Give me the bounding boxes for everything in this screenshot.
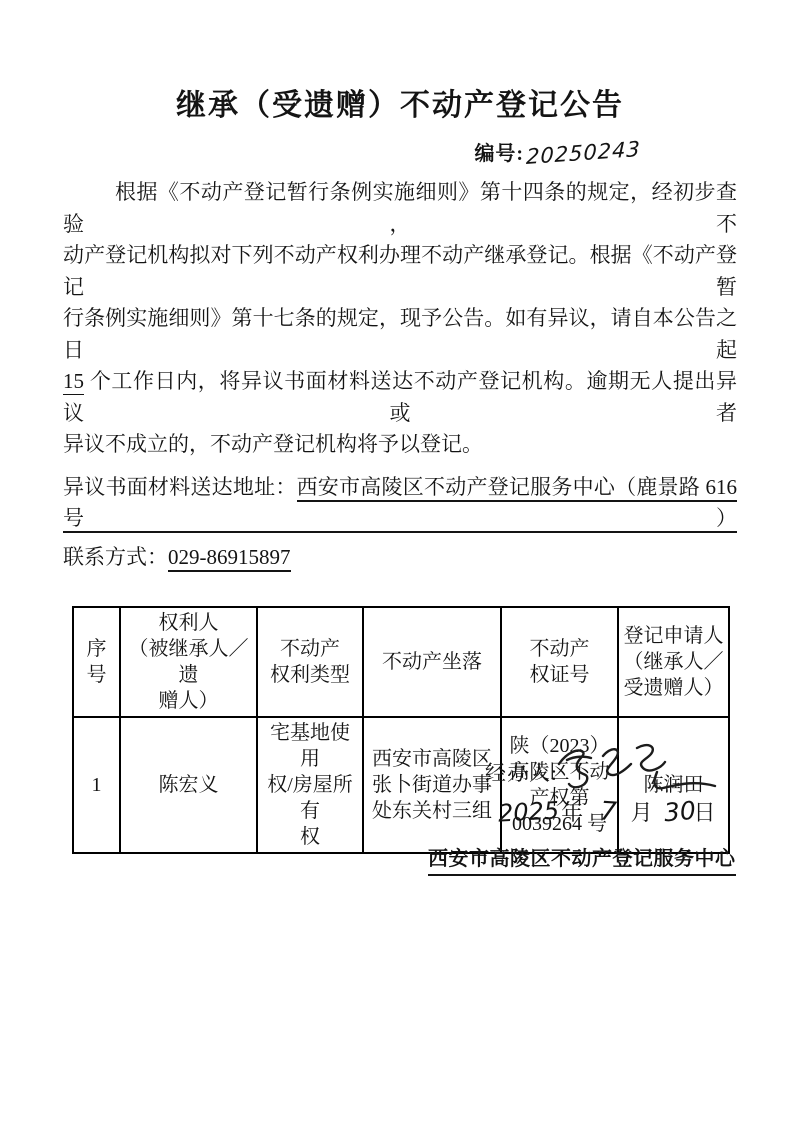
operator-label: 经办人:: [485, 761, 558, 785]
contact-label: 联系方式：: [63, 545, 168, 569]
date-day-handwritten: 30: [662, 796, 696, 828]
header-rights-holder: 权利人 （被继承人／遗 赠人）: [120, 607, 257, 717]
header-seq: 序号: [73, 607, 120, 717]
header-right-type: 不动产 权利类型: [257, 607, 363, 717]
body-line-3: 行条例实施细则》第十七条的规定，现予公告。如有异议，请自本公告之日起: [63, 303, 737, 366]
document-number-line: 编号:20250243: [63, 136, 641, 171]
date-month-handwritten: 7: [599, 796, 618, 827]
cell-seq: 1: [73, 717, 120, 853]
document-page: 继承（受遗赠）不动产登记公告 编号:20250243 根据《不动产登记暂行条例实…: [0, 0, 800, 1131]
body-line-4-text: 个工作日内，将异议书面材料送达不动产登记机构。逾期无人提出异议或者: [63, 369, 737, 425]
date-year-handwritten: 2025: [497, 796, 559, 827]
page-title: 继承（受遗赠）不动产登记公告: [63, 86, 737, 126]
table-header-row: 序号 权利人 （被继承人／遗 赠人） 不动产 权利类型 不动产坐落 不动产 权证…: [73, 607, 729, 717]
objection-days-value: 15: [63, 369, 84, 395]
number-value-handwritten: 20250243: [526, 132, 642, 174]
cell-location: 西安市高陵区 张卜街道办事 处东关村三组: [363, 717, 501, 853]
contact-phone: 029-86915897: [168, 545, 291, 572]
body-line-2: 动产登记机构拟对下列不动产权利办理不动产继承登记。根据《不动产登记暂: [63, 240, 737, 303]
body-line-1: 根据《不动产登记暂行条例实施细则》第十四条的规定，经初步查验，不: [63, 177, 737, 240]
cell-right-type: 宅基地使用 权/房屋所有 权: [257, 717, 363, 853]
body-line-5: 异议不成立的，不动产登记机构将予以登记。: [63, 429, 737, 461]
body-line-4: 15 个工作日内，将异议书面材料送达不动产登记机构。逾期无人提出异议或者: [63, 366, 737, 429]
address-label: 异议书面材料送达地址：: [63, 475, 297, 499]
date-line: 2025年7月30日: [498, 796, 716, 827]
header-cert-no: 不动产 权证号: [501, 607, 618, 717]
month-label: 月: [631, 800, 654, 825]
year-label: 年: [561, 800, 584, 825]
contact-line: 联系方式：029-86915897: [63, 542, 737, 574]
header-applicant: 登记申请人 （继承人／ 受遗赠人）: [618, 607, 729, 717]
day-label: 日: [693, 800, 716, 825]
number-label: 编号:: [474, 143, 524, 165]
handwritten-signature: [553, 738, 723, 800]
header-location: 不动产坐落: [363, 607, 501, 717]
operator-line: 经办人:: [485, 757, 558, 787]
issuing-organization: 西安市高陵区不动产登记服务中心: [428, 842, 736, 876]
address-line: 异议书面材料送达地址：西安市高陵区不动产登记服务中心（鹿景路 616 号）: [63, 472, 737, 535]
announcement-body: 根据《不动产登记暂行条例实施细则》第十四条的规定，经初步查验，不 动产登记机构拟…: [63, 177, 737, 573]
cell-owner: 陈宏义: [120, 717, 257, 853]
